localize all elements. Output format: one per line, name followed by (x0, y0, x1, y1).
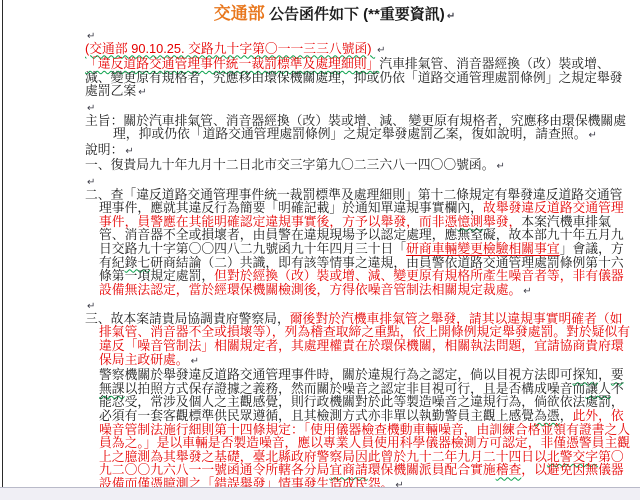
text-segment: 稽查 (496, 462, 522, 477)
ref-number-line: (交通部 90.10.25. 交路九十字第〇一一三三八號函) ↵ (85, 42, 634, 58)
blank-line: ↵ (85, 174, 634, 188)
paragraph-mark-icon: ↵ (497, 161, 505, 172)
agency-name: 交通部 (214, 4, 265, 23)
paragraph-mark-icon: ↵ (523, 286, 531, 297)
left-border-line (2, 0, 3, 487)
paragraph-mark-icon: ↵ (191, 356, 199, 367)
item-3: 三、故本案請貴局協調貴府警察局，爾後對於汽機車排氣管之舉發，請其以違規事實明確者… (85, 312, 634, 368)
text-segment: 一、復貴局九十年九月十二日北市交三字第九〇二三六八一四〇〇號函。 (85, 157, 495, 172)
blank-line: ↵ (85, 298, 634, 312)
blank-line: ↵ (85, 28, 634, 42)
item-1: 一、復貴局九十年九月十二日北市交三字第九〇二三六八一四〇〇號函。↵ (85, 158, 634, 174)
paragraph-mark-icon: ↵ (138, 87, 146, 98)
text-segment: 主旨：關於汽車排氣管、消音器經換（改）裝或增、減、 變更原有規格者，究應移由環保… (85, 113, 626, 142)
title-text: 公告函件如下 (**重要資訊) (265, 6, 445, 23)
paragraph-mark-icon: ↵ (377, 45, 385, 56)
document-title: 交通部 公告函件如下 (**重要資訊)↵ (35, 3, 634, 27)
paragraph-mark-icon: ↵ (125, 146, 133, 157)
document-page: 交通部 公告函件如下 (**重要資訊)↵ ↵(交通部 90.10.25. 交路九… (0, 0, 640, 500)
item-2: 二、查「違反道路交通管理事件統一裁罰標準及處理細則」第十二條規定有舉發違反道路交… (85, 188, 634, 299)
paragraph-mark-icon: ↵ (588, 130, 596, 141)
explanation-label: 說明：↵ (85, 143, 634, 159)
bottom-strip (0, 487, 640, 500)
text-segment: (交通部 90.10.25. 交路九十字第〇一一三三八號函) (85, 41, 375, 56)
text-segment: 說明： (85, 142, 123, 157)
main-subject: 主旨：關於汽車排氣管、消音器經換（改）裝或增、減、 變更原有規格者，究應移由環保… (85, 114, 634, 143)
commentary-paragraph: 警察機關於舉發違反道路交通管理事件時，關於違規行為之認定，倘以目視方法即可探知，… (85, 368, 634, 492)
document-body: ↵(交通部 90.10.25. 交路九十字第〇一一三三八號函) ↵「違反道路交通… (85, 28, 634, 493)
case-subject-line: 「違反道路交通管理事件統一裁罰標準及處理細則」汽車排氣管、消音器經換（改）裝或增… (85, 57, 634, 100)
blank-line: ↵ (85, 100, 634, 114)
announcement-document: 交通部 公告函件如下 (**重要資訊)↵ ↵(交通部 90.10.25. 交路九… (85, 3, 634, 493)
paragraph-mark-icon: ↵ (447, 11, 455, 22)
